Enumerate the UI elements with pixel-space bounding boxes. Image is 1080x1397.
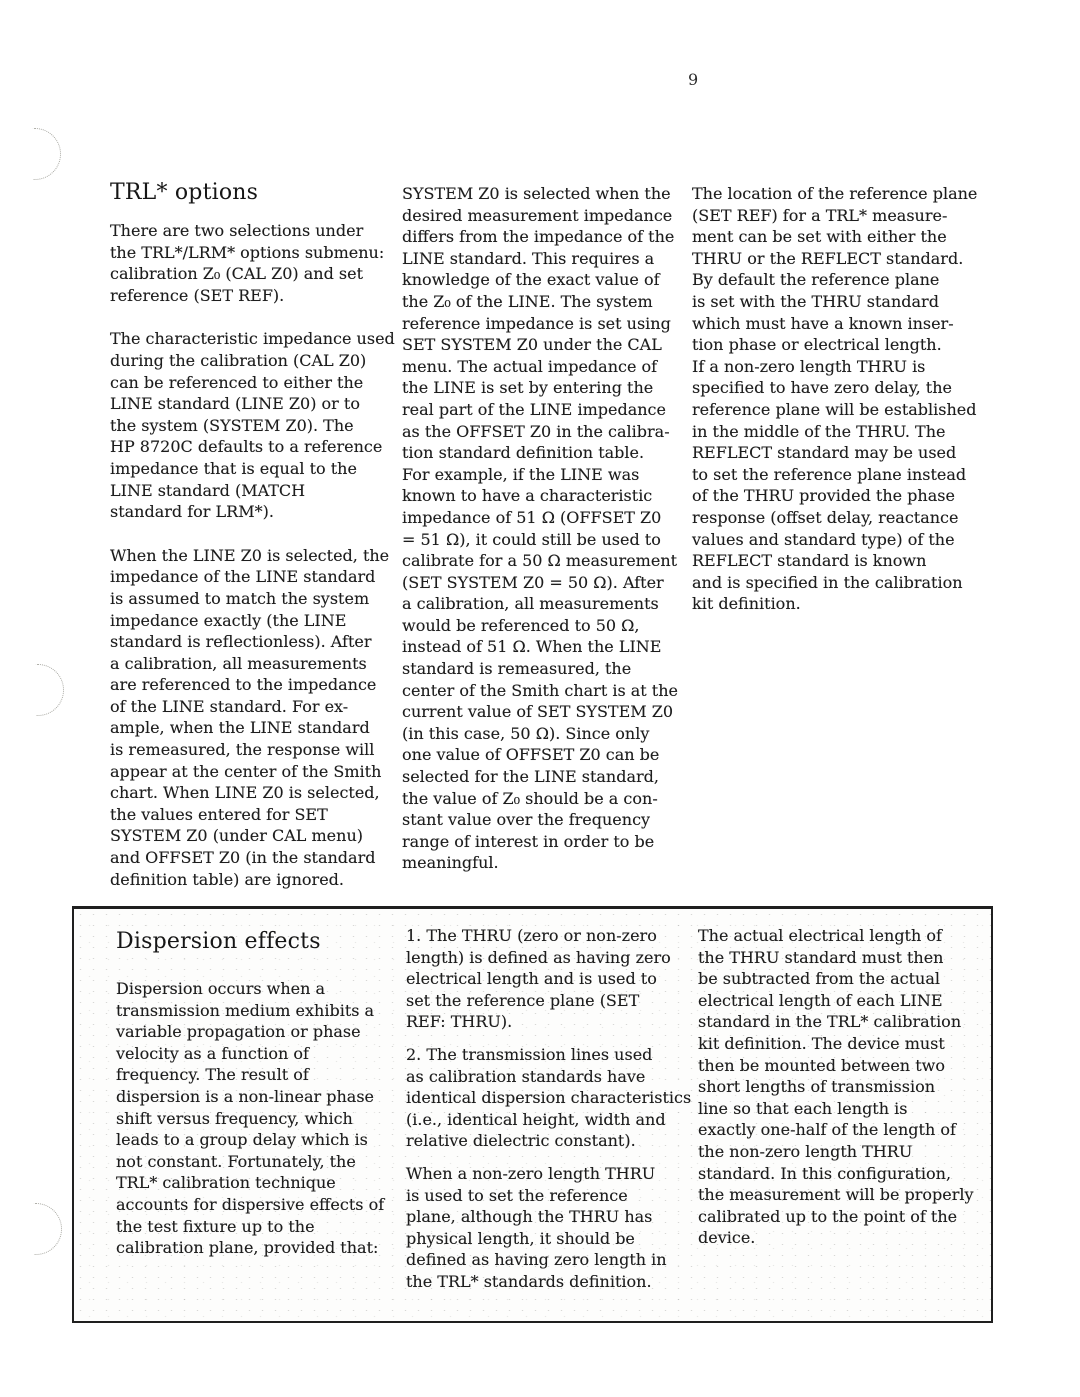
trl-options-column-1: TRL* options There are two selections un… [110, 180, 418, 912]
trl-options-column-3: The location of the reference plane (SET… [692, 183, 1000, 637]
trl-options-column-2: SYSTEM Z0 is selected when the desired m… [402, 183, 710, 896]
dispersion-column-1: Dispersion effects Dispersion occurs whe… [116, 929, 424, 1270]
scanned-manual-page: 9 TRL* options There are two selections … [0, 0, 1080, 1397]
dispersion-list-item-2: 2. The transmission lines used as calibr… [406, 1044, 714, 1152]
dispersion-col3-paragraph-1: The actual electrical length of the THRU… [698, 925, 1006, 1249]
dispersion-list-item-1: 1. The THRU (zero or non-zero length) is… [406, 925, 714, 1033]
dispersion-col1-paragraph-1: Dispersion occurs when a transmission me… [116, 978, 424, 1259]
dispersion-column-2: 1. The THRU (zero or non-zero length) is… [406, 925, 714, 1304]
dispersion-column-3: The actual electrical length of the THRU… [698, 925, 1006, 1260]
trl-options-heading: TRL* options [110, 180, 418, 205]
binder-hole-mark [9, 128, 61, 180]
trl-col1-paragraph-2: The characteristic impedance used during… [110, 328, 418, 522]
binder-hole-mark [10, 1203, 62, 1255]
dispersion-effects-heading: Dispersion effects [116, 929, 424, 954]
trl-col3-paragraph-1: The location of the reference plane (SET… [692, 183, 1000, 615]
trl-col1-paragraph-3: When the LINE Z0 is selected, the impeda… [110, 545, 418, 891]
binder-hole-mark [12, 664, 64, 716]
trl-col2-paragraph-1: SYSTEM Z0 is selected when the desired m… [402, 183, 710, 874]
dispersion-effects-box: Dispersion effects Dispersion occurs whe… [72, 906, 993, 1323]
dispersion-col2-paragraph-3: When a non-zero length THRU is used to s… [406, 1163, 714, 1293]
page-number: 9 [688, 70, 698, 89]
trl-col1-paragraph-1: There are two selections under the TRL*/… [110, 220, 418, 306]
